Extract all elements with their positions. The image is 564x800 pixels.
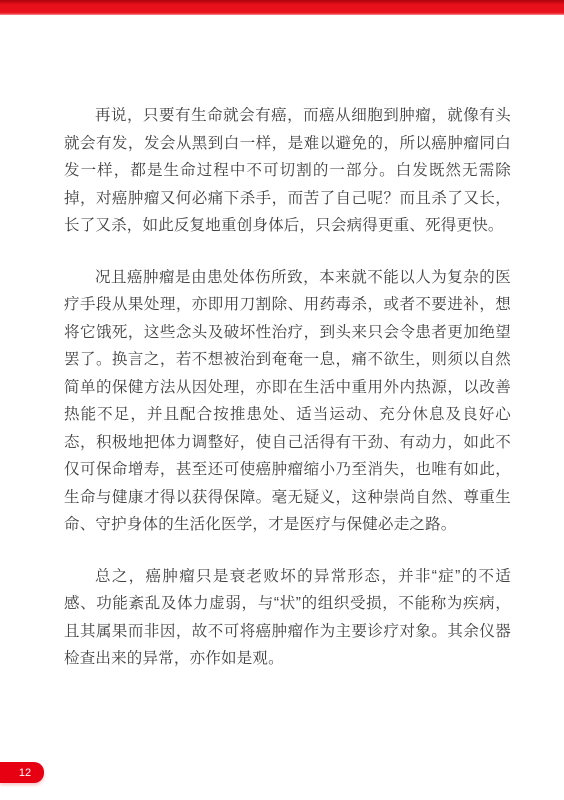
top-red-bar bbox=[0, 0, 564, 15]
paragraph-2: 况且癌肿瘤是由患处体伤所致，本来就不能以人为复杂的医疗手段从果处理，亦即用刀割除… bbox=[64, 264, 511, 539]
page-content: 再说，只要有生命就会有癌，而癌从细胞到肿瘤，就像有头就会有发，发会从黑到白一样，… bbox=[64, 102, 511, 673]
page-number-badge: 12 bbox=[0, 762, 44, 783]
paragraph-1: 再说，只要有生命就会有癌，而癌从细胞到肿瘤，就像有头就会有发，发会从黑到白一样，… bbox=[64, 102, 511, 240]
page-number: 12 bbox=[19, 767, 31, 779]
book-page: 再说，只要有生命就会有癌，而癌从细胞到肿瘤，就像有头就会有发，发会从黑到白一样，… bbox=[0, 0, 564, 800]
paragraph-3: 总之，癌肿瘤只是衰老败坏的异常形态，并非“症”的不适感、功能紊乱及体力虚弱，与“… bbox=[64, 563, 511, 673]
